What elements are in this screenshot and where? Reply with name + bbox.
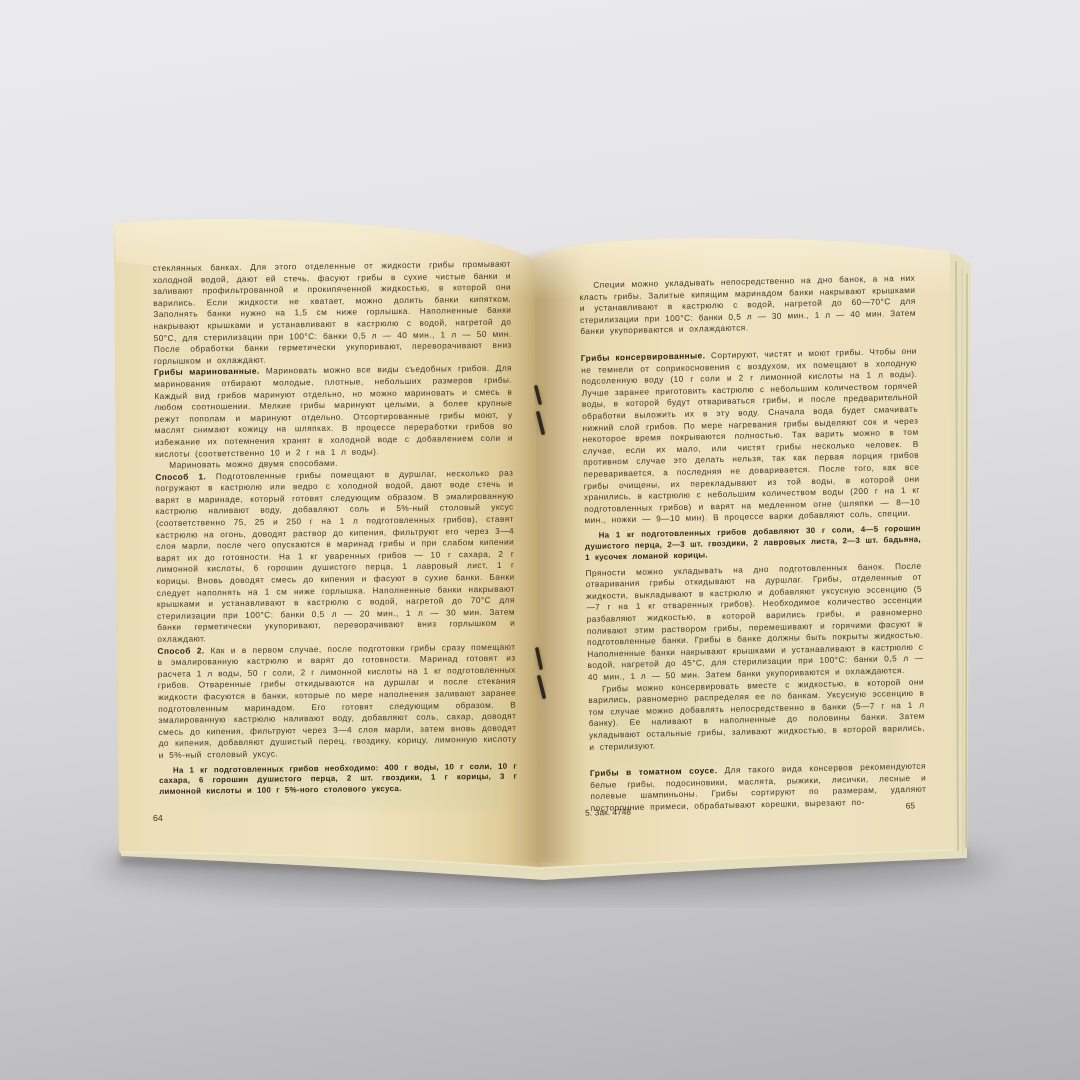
inline-heading: Грибы в томатном соусе. bbox=[590, 765, 718, 778]
inline-heading: Грибы консервированные. bbox=[581, 350, 706, 363]
paragraph: Грибы можно консервировать вместе с жидк… bbox=[588, 676, 925, 753]
print-imprint: 5. Зак. 4748 bbox=[585, 807, 631, 818]
inline-heading: Способ 1. bbox=[155, 471, 206, 482]
paragraph: Грибы маринованные. Мариновать можно все… bbox=[154, 363, 513, 460]
photo-background: стеклянных банках. Для этого отделенные … bbox=[0, 0, 1080, 1080]
inline-heading: Способ 2. bbox=[157, 645, 204, 656]
right-page-text: Специи можно укладывать непосредственно … bbox=[579, 273, 927, 815]
paragraph: Способ 2. Как и в первом случае, после п… bbox=[157, 641, 516, 761]
paragraph: Способ 1. Подготовленные грибы помещают … bbox=[155, 467, 515, 645]
page-number-left: 64 bbox=[153, 813, 163, 823]
paragraph: стеклянных банках. Для этого отделенные … bbox=[153, 259, 512, 368]
left-page-text: стеклянных банках. Для этого отделенные … bbox=[153, 259, 518, 799]
paragraph: Пряности можно укладывать на дно подгото… bbox=[585, 560, 923, 683]
paragraph: Специи можно укладывать непосредственно … bbox=[579, 273, 916, 338]
paragraph: Грибы консервированные. Сортируют, чистя… bbox=[581, 346, 921, 527]
recipe-note-paragraph: На 1 кг подготовленных грибов необходимо… bbox=[159, 761, 517, 798]
inline-heading: Грибы маринованные. bbox=[154, 366, 260, 377]
recipe-note-paragraph: На 1 кг подготовленных грибов добавляют … bbox=[585, 524, 922, 564]
page-number-right: 65 bbox=[906, 800, 916, 810]
